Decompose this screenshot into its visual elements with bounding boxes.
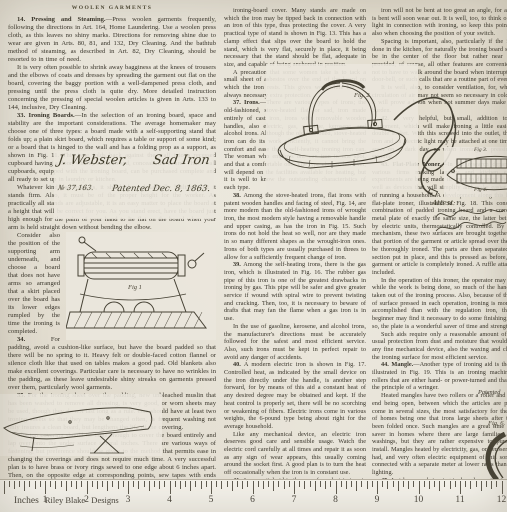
fabric-photo: WOOLEN GARMENTS 14. Pressing and Steamin…	[0, 0, 507, 512]
brand-name: Riley Blake	[45, 495, 85, 505]
ruler-tick	[92, 481, 93, 487]
ruler-number: 4	[167, 495, 172, 505]
ruler-tick	[237, 481, 238, 487]
ruler-tick	[408, 481, 409, 489]
ruler-tick	[387, 481, 388, 489]
ruler-tick	[476, 481, 477, 487]
ruler-tick	[393, 481, 394, 487]
ruler-tick	[81, 481, 82, 487]
paragraph: Like any mechanical device, an electric …	[224, 431, 366, 477]
ruler-tick	[413, 481, 414, 487]
ruler-tick	[159, 481, 160, 489]
paragraph: It is well, also, to consider ventilatio…	[372, 84, 507, 115]
ruler-tick	[206, 481, 207, 487]
ruler-tick	[284, 481, 285, 489]
paragraph: 33. Ironing Boards.—In the selection of …	[8, 112, 216, 184]
ruler-tick	[263, 481, 264, 489]
ruler-tick	[341, 481, 342, 487]
ruler-tick	[216, 481, 217, 487]
ruler-tick	[253, 481, 254, 494]
ruler-tick	[450, 481, 451, 489]
ruler-tick	[439, 481, 440, 491]
ruler-tick	[66, 481, 67, 491]
ruler-tick	[102, 481, 103, 487]
ruler-tick	[29, 481, 30, 487]
ruler-tick	[325, 481, 326, 489]
patent-fragment: Patented	[478, 389, 500, 396]
ruler-tick	[424, 481, 425, 487]
ruler-tick	[232, 481, 233, 491]
ruler-number: 12	[497, 495, 507, 505]
ruler-tick	[367, 481, 368, 489]
ruler-tick	[170, 481, 171, 494]
paragraph: iron will not be bent at too great an an…	[372, 7, 507, 38]
paragraph: Such aids require only a reasonable amou…	[372, 331, 507, 362]
ruler-tick	[185, 481, 186, 487]
ruler-tick	[294, 481, 295, 494]
ruler-tick	[19, 481, 20, 487]
paragraph: The top covering should be large enough …	[8, 432, 216, 479]
ruler-tick	[112, 481, 113, 487]
ruler-tick	[40, 481, 41, 487]
ruler-tick	[55, 481, 56, 489]
ruler-tick	[470, 481, 471, 489]
ruler-tick	[211, 481, 212, 494]
ruler-tick	[221, 481, 222, 489]
ruler-tick	[496, 481, 497, 487]
ruler-inches-label: Inches	[14, 496, 39, 506]
column-right: iron will not be bent at too great an an…	[372, 7, 507, 479]
ruler-tick	[356, 481, 357, 491]
paragraph: In the use of gasoline, kerosene, and al…	[224, 323, 366, 362]
ruler-number: 8	[333, 495, 338, 505]
ruler-tick	[268, 481, 269, 487]
ruler-tick	[304, 481, 305, 489]
paragraph: In the operation of this ironer, the ope…	[372, 277, 507, 331]
paragraph: Whatever kind the board is, it should be…	[8, 184, 216, 232]
paragraph-group: 14. Pressing and Steaming.—Press woolen …	[8, 16, 216, 232]
ruler-tick	[164, 481, 165, 487]
paragraph: Heated mangles have two rollers or a rol…	[372, 392, 507, 477]
ruler-tick	[299, 481, 300, 487]
paragraph: 37. Irons.—There are various types of ir…	[224, 99, 366, 191]
ruler-tick	[97, 481, 98, 489]
ruler-tick	[133, 481, 134, 487]
ruler-tick	[144, 481, 145, 487]
ruler-tick	[486, 481, 487, 487]
paragraph: 14. Pressing and Steaming.—Press woolen …	[8, 16, 216, 64]
column-left: 14. Pressing and Steaming.—Press woolen …	[8, 16, 216, 479]
ruler-tick	[4, 481, 5, 494]
ruler-tick	[35, 481, 36, 489]
ruler-number: 6	[250, 495, 255, 505]
ruler-tick	[138, 481, 139, 489]
ruler-tick	[444, 481, 445, 487]
selvage-ruler: Inches Riley Blake Designs 1234567891011…	[0, 479, 507, 512]
ruler-tick	[465, 481, 466, 487]
ruler-tick	[398, 481, 399, 491]
paragraph: Spacing is important, also, particularly…	[372, 38, 507, 84]
ruler-tick	[491, 481, 492, 489]
paragraph: 43. Flat-Plate Ironer.—In the research d…	[372, 161, 507, 277]
ruler-tick	[87, 481, 88, 494]
paragraph: It is very often possible to shrink away…	[8, 64, 216, 112]
ruler-tick	[190, 481, 191, 491]
ruler-tick	[460, 481, 461, 494]
ruler-tick	[45, 481, 46, 494]
ruler-tick	[258, 481, 259, 487]
paragraph: 38. Among the stove-heated irons, flat i…	[224, 192, 366, 261]
ruler-tick	[289, 481, 290, 487]
ruler-tick	[123, 481, 124, 487]
ruler-tick	[320, 481, 321, 487]
ruler-tick	[180, 481, 181, 489]
ruler-tick	[14, 481, 15, 489]
paragraph-group: The top covering should be large enough …	[8, 432, 216, 479]
paragraph: 39. Among the self-heating irons, there …	[224, 261, 366, 323]
ruler-number: 3	[126, 495, 131, 505]
ruler-tick	[61, 481, 62, 487]
ruler-tick	[310, 481, 311, 487]
ruler-ticks	[0, 481, 507, 496]
ruler-tick	[201, 481, 202, 489]
ruler-tick	[419, 481, 420, 494]
ruler-number: 5	[209, 495, 214, 505]
ruler-tick	[429, 481, 430, 489]
paragraph: ironing-board cover. Many stands are mad…	[224, 7, 366, 69]
paragraph: 40. A modern electric iron is shown in F…	[224, 361, 366, 430]
ruler-tick	[351, 481, 352, 487]
ruler-tick	[175, 481, 176, 487]
ruler-tick	[382, 481, 383, 487]
ruler-tick	[273, 481, 274, 491]
page-header: WOOLEN GARMENTS	[8, 5, 216, 11]
ruler-tick	[403, 481, 404, 487]
wrap-zone: Fig 1 Consider also the position of the …	[8, 232, 216, 432]
ruler-tick	[227, 481, 228, 487]
ruler-number: 10	[414, 495, 424, 505]
ruler-number: 7	[292, 495, 297, 505]
ruler-tick	[336, 481, 337, 494]
ruler-tick	[71, 481, 72, 487]
paragraph: 44. Mangle.—Another type of ironing aid …	[372, 361, 507, 392]
column-middle: ironing-board cover. Many stands are mad…	[224, 7, 366, 479]
ruler-tick	[50, 481, 51, 487]
ruler-tick	[242, 481, 243, 489]
fig1-label: Fig 1	[128, 284, 142, 292]
printed-page: WOOLEN GARMENTS 14. Pressing and Steamin…	[0, 0, 507, 479]
paragraph: 42. A very helpful, but small, addition …	[372, 115, 507, 161]
ruler-number: 2	[84, 495, 89, 505]
fig6-label: Fig. 6.	[488, 420, 505, 427]
ruler-tick	[346, 481, 347, 489]
ruler-tick	[434, 481, 435, 487]
paragraph: 35. For the ironing sheet over the paddi…	[8, 392, 216, 432]
ruler-tick	[315, 481, 316, 491]
ruler-tick	[330, 481, 331, 487]
sad-iron-patent-machine-figure: Fig 1	[66, 232, 216, 340]
ruler-tick	[118, 481, 119, 489]
ruler-tick	[9, 481, 10, 487]
ruler-tick	[502, 481, 503, 494]
paragraph: A precaution that some women take is to …	[224, 69, 366, 100]
paragraph: 34. For padding, avoid a cushion-like su…	[8, 336, 216, 392]
ruler-tick	[195, 481, 196, 487]
ruler-tick	[361, 481, 362, 487]
ruler-tick	[154, 481, 155, 487]
ruler-tick	[455, 481, 456, 487]
ruler-tick	[377, 481, 378, 494]
ruler-tick	[481, 481, 482, 491]
ruler-tick	[149, 481, 150, 491]
ruler-number: 1	[43, 495, 48, 505]
ruler-tick	[278, 481, 279, 487]
ruler-tick	[128, 481, 129, 494]
ruler-tick	[76, 481, 77, 489]
ruler-tick	[372, 481, 373, 487]
ruler-tick	[107, 481, 108, 491]
ruler-number: 11	[455, 495, 464, 505]
ruler-tick	[24, 481, 25, 491]
ruler-tick	[247, 481, 248, 487]
brand-designs: Designs	[91, 495, 118, 505]
ruler-number: 9	[375, 495, 380, 505]
